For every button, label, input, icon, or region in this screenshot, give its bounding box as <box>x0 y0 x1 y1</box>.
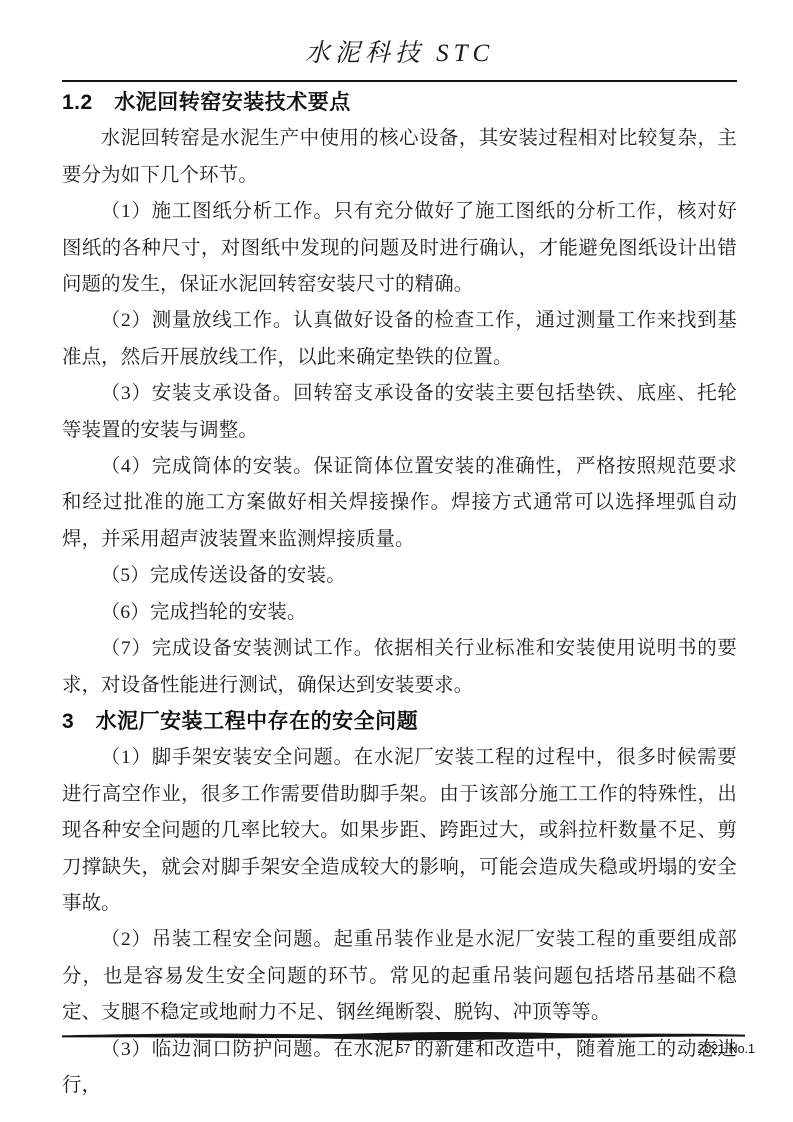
body-paragraph: 水泥回转窑是水泥生产中使用的核心设备，其安装过程相对比较复杂，主要分为如下几个环… <box>62 121 737 194</box>
body-paragraph: （2）吊装工程安全问题。起重吊装作业是水泥厂安装工程的重要组成部分，也是容易发生… <box>62 922 737 1031</box>
journal-title: 水泥科技 STC <box>62 38 737 74</box>
page-number: 57 <box>62 1042 745 1056</box>
body-paragraph: （1）脚手架安装安全问题。在水泥厂安装工程的过程中，很多时候需要进行高空作业，很… <box>62 740 737 922</box>
footer-divider-bar <box>62 1030 745 1042</box>
section-heading: 3 水泥厂安装工程中存在的安全问题 <box>62 704 737 740</box>
body-paragraph: （1）施工图纸分析工作。只有充分做好了施工图纸的分析工作，核对好图纸的各种尺寸，… <box>62 194 737 303</box>
body-paragraph: （4）完成筒体的安装。保证筒体位置安装的准确性，严格按照规范要求和经过批准的施工… <box>62 449 737 558</box>
body-paragraph: （2）测量放线工作。认真做好设备的检查工作，通过测量工作来找到基准点，然后开展放… <box>62 303 737 376</box>
document-page: 水泥科技 STC 1.2 水泥回转窑安装技术要点水泥回转窑是水泥生产中使用的核心… <box>0 0 793 1122</box>
header-rule <box>62 80 737 82</box>
page-footer: 57 2021.No.1 <box>62 1030 745 1060</box>
body-paragraph: （6）完成挡轮的安装。 <box>62 595 737 631</box>
body-paragraph: （5）完成传送设备的安装。 <box>62 558 737 594</box>
footer-text-row: 57 2021.No.1 <box>62 1042 745 1060</box>
article-body: 1.2 水泥回转窑安装技术要点水泥回转窑是水泥生产中使用的核心设备，其安装过程相… <box>62 85 737 1104</box>
body-paragraph: （3）安装支承设备。回转窑支承设备的安装主要包括垫铁、底座、托轮等装置的安装与调… <box>62 376 737 449</box>
issue-number: 2021.No.1 <box>697 1042 755 1056</box>
section-heading: 1.2 水泥回转窑安装技术要点 <box>62 85 737 121</box>
body-paragraph: （7）完成设备安装测试工作。依据相关行业标准和安装使用说明书的要求，对设备性能进… <box>62 631 737 704</box>
